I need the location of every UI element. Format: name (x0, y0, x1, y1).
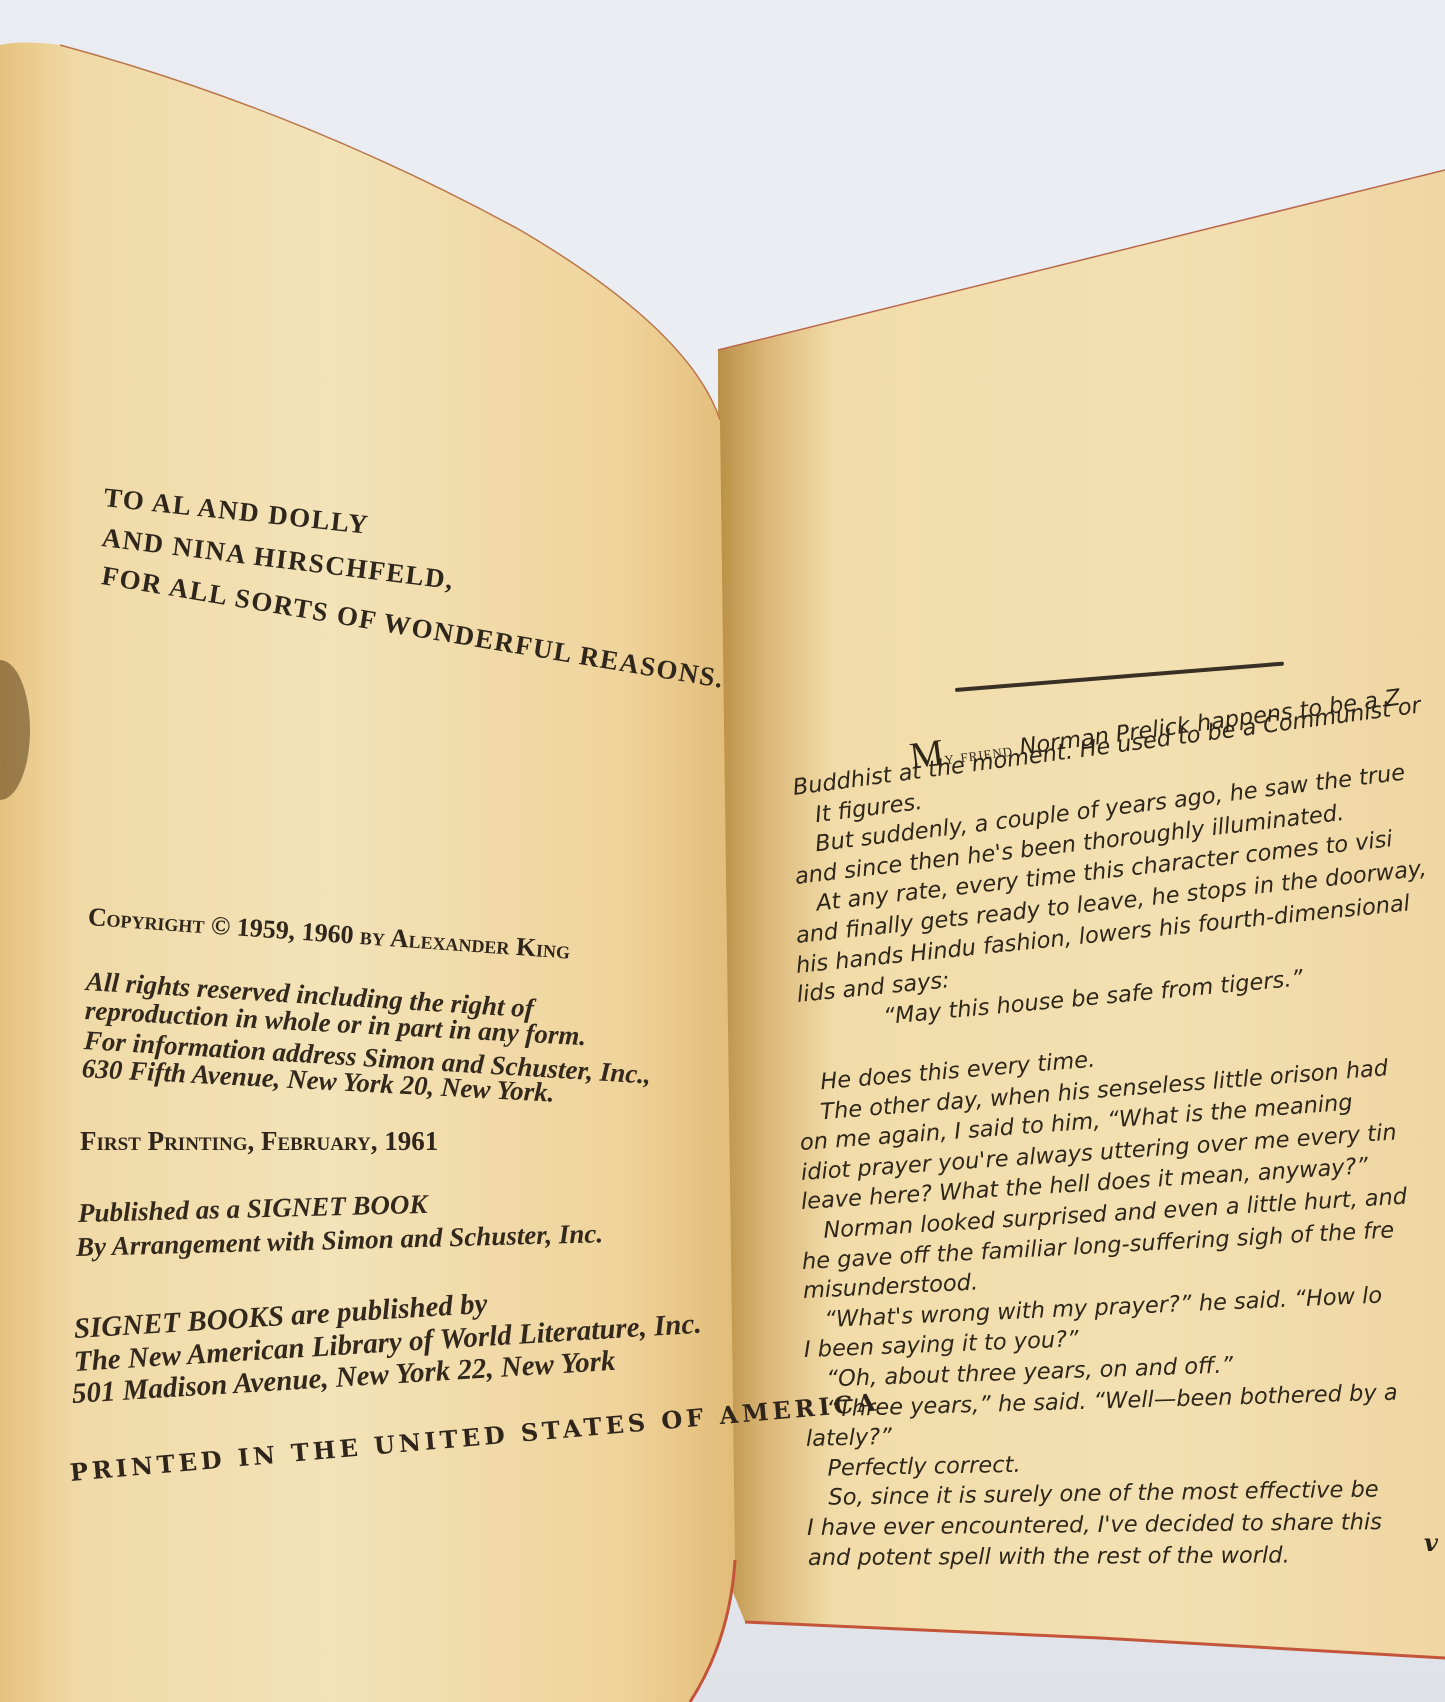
body-line: and potent spell with the rest of the wo… (808, 1542, 1290, 1571)
left-page: TO AL AND DOLLY AND NINA HIRSCHFELD, FOR… (0, 0, 760, 1702)
page-number: v (1424, 1528, 1438, 1557)
first-printing: First Printing, February, 1961 (80, 1126, 438, 1157)
body-line: lately?” (805, 1424, 891, 1452)
body-line: Perfectly correct. (806, 1452, 1021, 1482)
